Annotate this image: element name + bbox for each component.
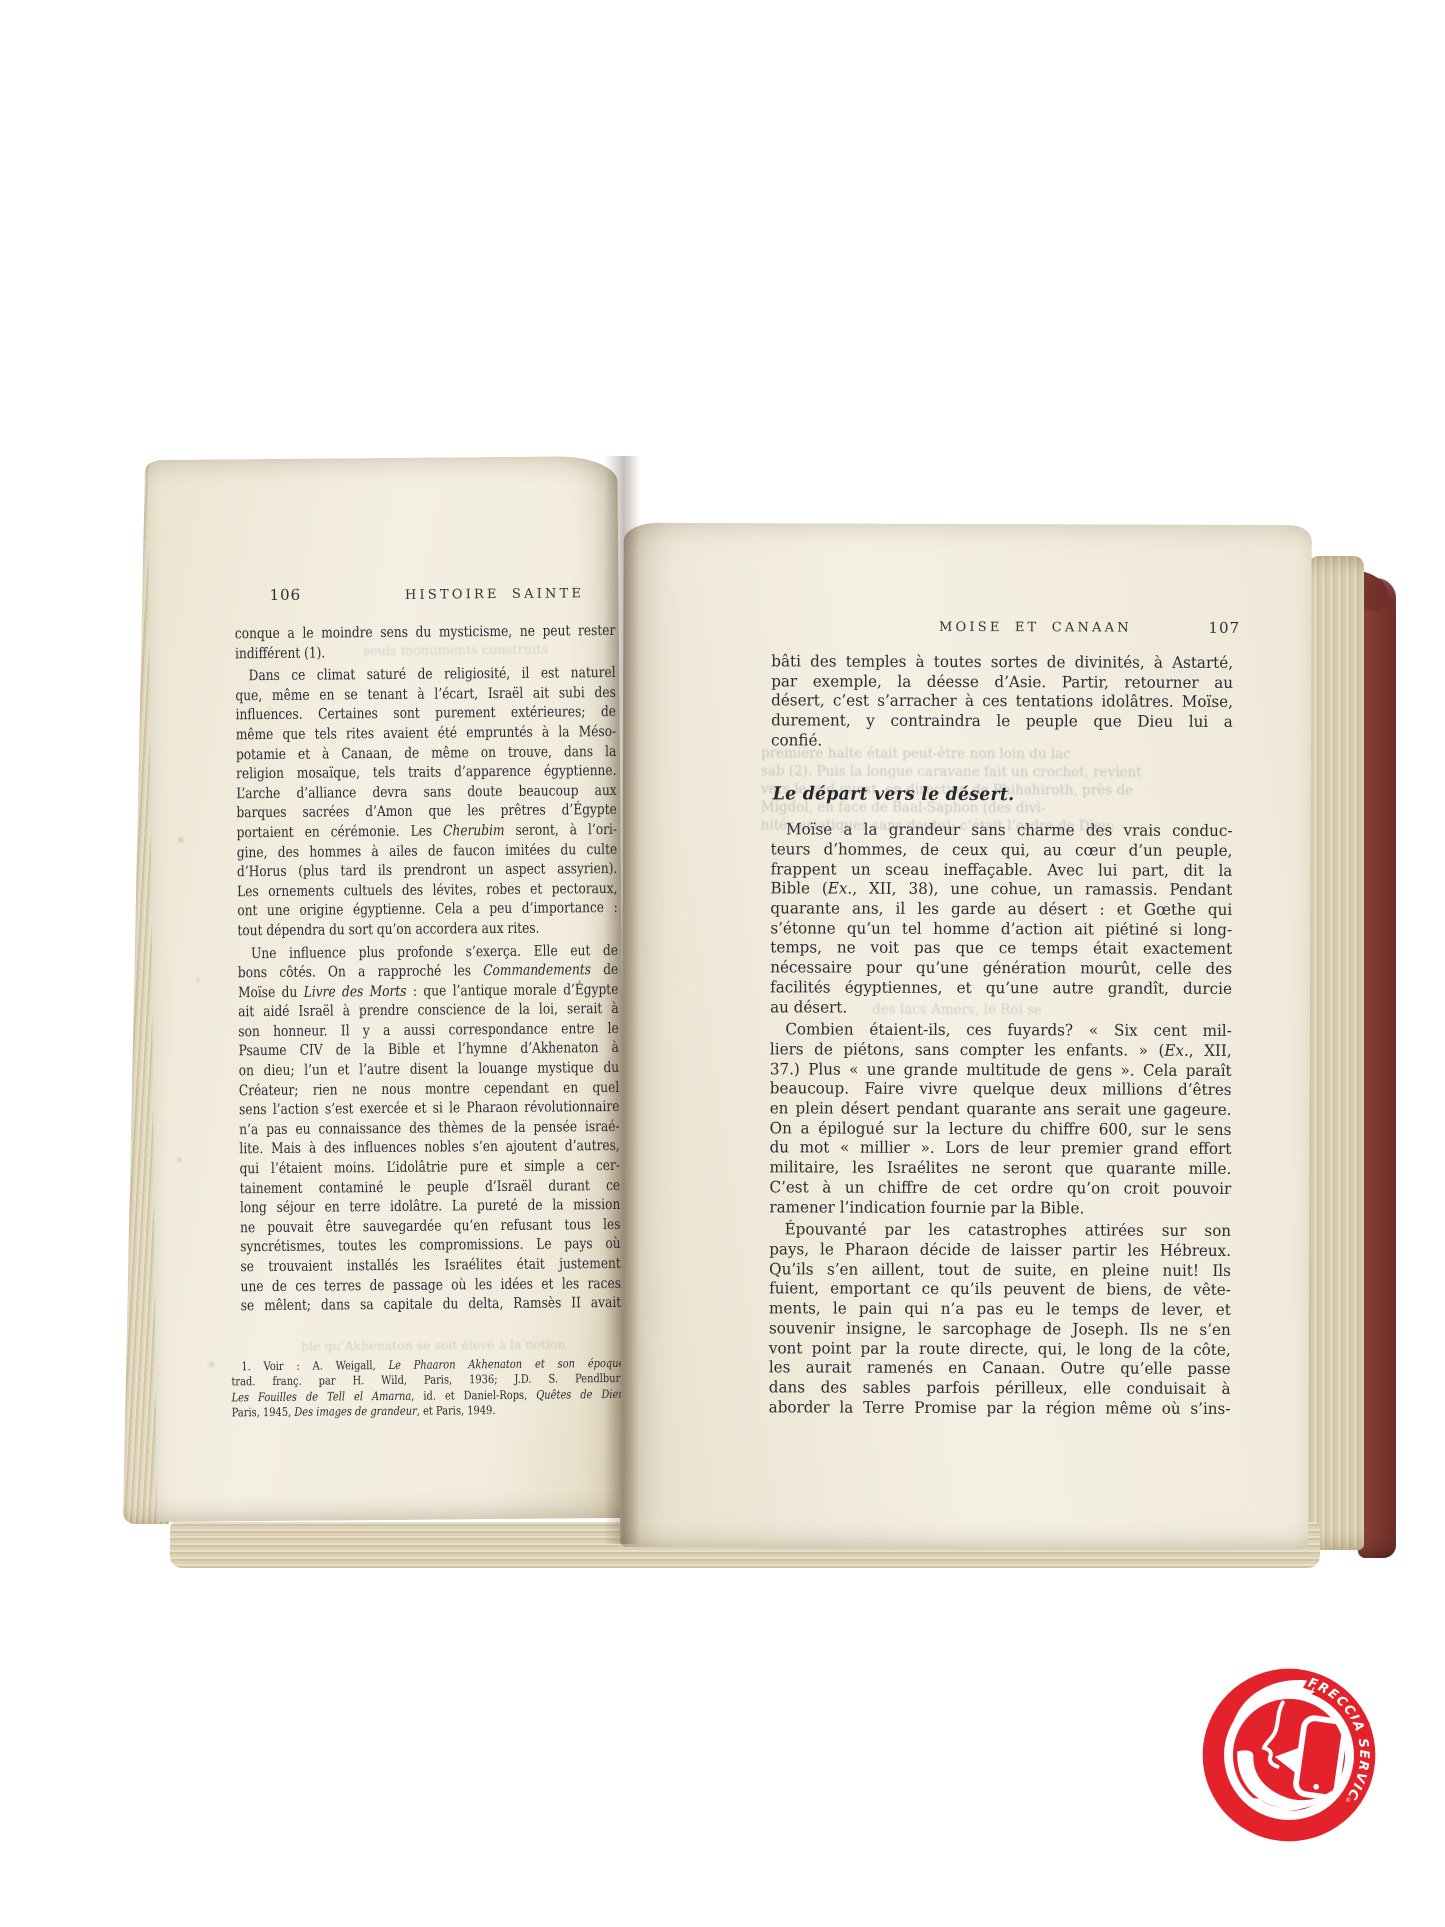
right-page-text-block: bâti des temples à toutes sortes de divi…: [769, 651, 1236, 1418]
text-line: du mot « millier ». Lors de leur premier…: [770, 1138, 1232, 1159]
text-line: Paris, 1945, Des images de grandeur, et …: [232, 1402, 628, 1421]
text-line: nécessaire pour qu’une génération mourût…: [770, 957, 1232, 978]
text-line: bâti des temples à toutes sortes de divi…: [771, 651, 1233, 672]
open-book-photo: 106 HISTOIRE SAINTE seuls monuments cons…: [118, 428, 1398, 1578]
freccia-service-logo: FRECCIA SERVICE ®: [1200, 1666, 1378, 1844]
paragraph: Épouvanté par les catastrophes attirées …: [769, 1220, 1231, 1419]
text-line: 37.) Plus « une grande multitude de gens…: [770, 1059, 1232, 1080]
text-line: les aurait ramenés en Canaan. Outre qu’e…: [769, 1358, 1231, 1379]
text-line: désert, c’est s’arracher à ces tentation…: [771, 691, 1233, 712]
text-line: ont une origine égyptienne. Cela a peu d…: [237, 898, 618, 921]
text-line: durement, y contraindra le peuple que Di…: [771, 710, 1233, 731]
text-line: Moïse a la grandeur sans charme des vrai…: [771, 820, 1233, 841]
text-line: Combien étaient-ils, ces fuyards? « Six …: [770, 1020, 1232, 1041]
text-line: dans des sables parfois périlleux, elle …: [769, 1377, 1231, 1398]
section-heading: Le départ vers le désert.: [773, 784, 1233, 805]
text-line: ments, le pain qui n’a pas eu le temps d…: [769, 1298, 1231, 1319]
text-line: militaire, les Israélites ne seront que …: [770, 1157, 1232, 1178]
text-line: indifférent (1).: [235, 641, 616, 664]
left-page: 106 HISTOIRE SAINTE seuls monuments cons…: [147, 456, 626, 1522]
product-photo-page: { "colors":{ "logo_red":"#e4222b", "cove…: [0, 0, 1445, 1927]
text-line: fuient, emportant ce qu’ils peuvent de b…: [769, 1279, 1231, 1300]
text-line: en plein désert pendant quarante ans ser…: [770, 1098, 1232, 1119]
text-line: au désert.: [770, 997, 1232, 1018]
text-line: Bible (Ex., XII, 38), une cohue, un rama…: [770, 879, 1232, 900]
running-header-right: MOISE ET CANAAN: [920, 620, 1150, 636]
text-line: portaient en cérémonie. Les Cherubim ser…: [237, 820, 618, 843]
text-line: beaucoup. Faire vivre quelque deux milli…: [770, 1079, 1232, 1100]
text-line: facilités égyptiennes, et qu’une autre g…: [770, 977, 1232, 998]
text-line: confié.: [771, 730, 1233, 751]
text-line: liers de piétons, sans compter les enfan…: [770, 1039, 1232, 1060]
text-line: On a épilogué sur la lecture du chiffre …: [770, 1118, 1232, 1139]
show-through-text: ble qu’Akhenaton se soit élevé à la noti…: [301, 1336, 566, 1353]
text-line: Épouvanté par les catastrophes attirées …: [769, 1220, 1231, 1241]
page-number-right: 107: [1208, 619, 1240, 637]
paragraph: Combien étaient-ils, ces fuyards? « Six …: [769, 1020, 1231, 1219]
text-line: quarante ans, il les garde au désert : e…: [770, 898, 1232, 919]
paragraph: Dans ce climat saturé de religiosité, il…: [235, 663, 618, 941]
footnote: 1. Voir : A. Weigall, Le Phaaron Akhenat…: [231, 1356, 628, 1421]
text-line: même que tels rites avaient été emprunté…: [236, 722, 617, 745]
text-line: souvenir insigne, le sarcophage de Josep…: [769, 1318, 1231, 1339]
text-line: conque a le moindre sens du mysticisme, …: [235, 621, 616, 644]
left-page-text-block: conque a le moindre sens du mysticisme, …: [235, 621, 623, 1316]
page-number-left: 106: [269, 586, 301, 604]
text-line: frappent un sceau ineffaçable. Avec lui …: [771, 859, 1233, 880]
page-block-fore-edge: [1306, 556, 1364, 1550]
text-line: vont point par la route directe, qui, le…: [769, 1338, 1231, 1359]
text-line: C’est à un chiffre de cet ordre qu’on cr…: [769, 1177, 1231, 1198]
running-header-left: HISTOIRE SAINTE: [380, 586, 610, 603]
paragraph: Moïse a la grandeur sans charme des vrai…: [770, 820, 1232, 1019]
text-line: aborder la Terre Promise par la région m…: [769, 1397, 1231, 1418]
logo-registered-mark: ®: [1345, 1796, 1351, 1804]
text-line: se trouvaient installés les Israélites é…: [240, 1254, 621, 1277]
text-line: s’étonne qu’un tel homme d’action ait pi…: [770, 918, 1232, 939]
text-line: se mêlent; dans sa capitale du delta, Ra…: [241, 1293, 622, 1316]
text-line: temps, ne voit pas que ce temps était ex…: [770, 938, 1232, 959]
right-page: MOISE ET CANAAN 107 première halte était…: [620, 523, 1312, 1549]
text-line: teurs d’hommes, de ceux qui, au cœur d’u…: [771, 839, 1233, 860]
text-line: pays, le Pharaon décide de laisser parti…: [769, 1239, 1231, 1260]
paragraph: Une influence plus profonde s’exerça. El…: [238, 940, 622, 1316]
text-line: tout dépendra du sort qu’on accordera au…: [237, 918, 618, 941]
paragraph: bâti des temples à toutes sortes de divi…: [771, 651, 1233, 751]
text-line: Qu’ils s’en aillent, tout de suite, en p…: [769, 1259, 1231, 1280]
text-line: ramener l’indication fournie par la Bibl…: [769, 1197, 1231, 1218]
text-line: par exemple, la déesse d’Asie. Partir, r…: [771, 671, 1233, 692]
paragraph: conque a le moindre sens du mysticisme, …: [235, 621, 616, 664]
